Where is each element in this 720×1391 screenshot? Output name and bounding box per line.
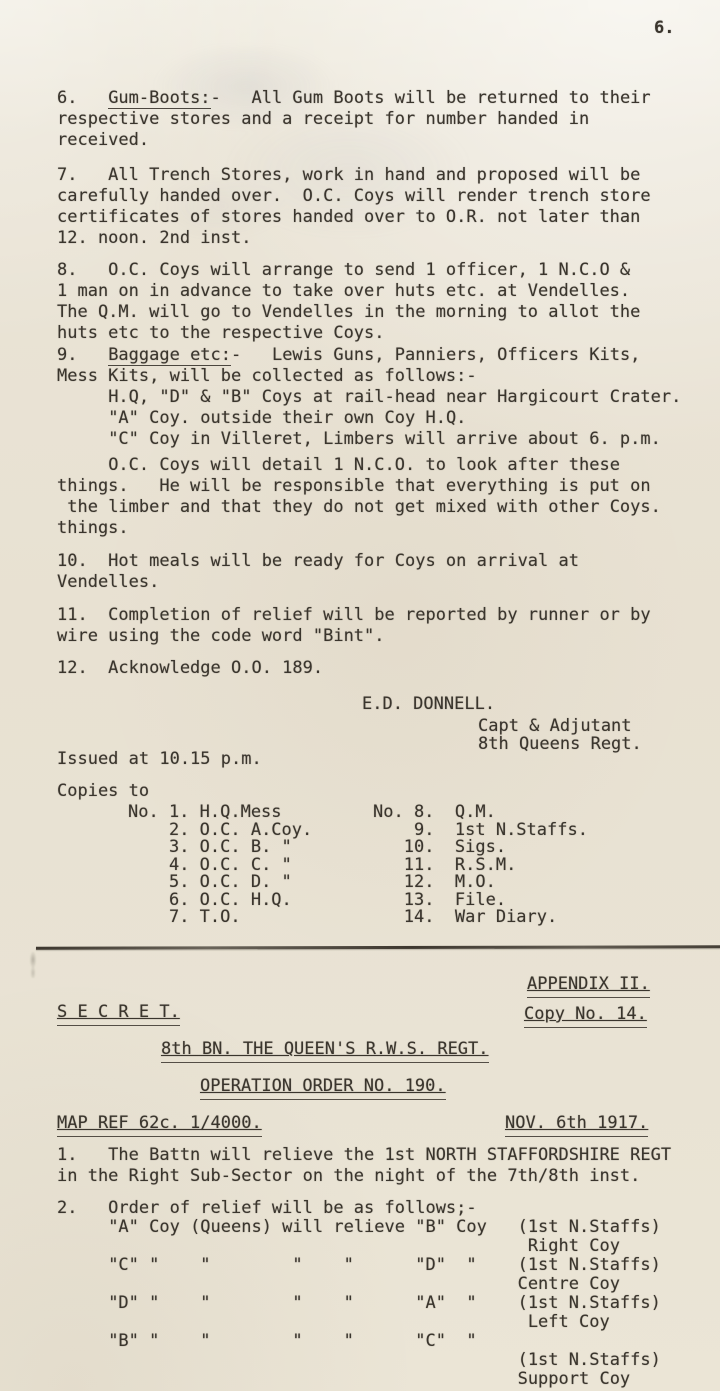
- order-date: NOV. 6th 1917.: [505, 1113, 648, 1137]
- signature-name: E.D. DONNELL.: [362, 694, 495, 715]
- para-acknowledge: 12. Acknowledge O.O. 189.: [57, 658, 697, 679]
- battalion-heading-text: 8th BN. THE QUEEN'S R.W.S. REGT.: [161, 1039, 489, 1063]
- operation-order-title: OPERATION ORDER NO. 190.: [200, 1076, 446, 1100]
- para-completion: 11. Completion of relief will be reporte…: [57, 605, 697, 647]
- para-6-heading: Gum-Boots:: [108, 88, 210, 109]
- copies-list-left: No. 1. H.Q.Mess 2. O.C. A.Coy. 3. O.C. B…: [128, 804, 312, 927]
- para-order-of-relief: 2. Order of relief will be as follows;- …: [57, 1199, 717, 1389]
- appendix-text: APPENDIX II.: [527, 974, 650, 998]
- order-date-text: NOV. 6th 1917.: [505, 1113, 648, 1137]
- margin-ink-mark: [28, 952, 38, 978]
- document-page: 6. 6. Gum-Boots:- All Gum Boots will be …: [0, 0, 720, 1391]
- para-advance-party: 8. O.C. Coys will arrange to send 1 offi…: [57, 260, 697, 344]
- map-reference-text: MAP REF 62c. 1/4000.: [57, 1113, 262, 1137]
- para-9-heading: Baggage etc:: [108, 345, 231, 366]
- map-reference: MAP REF 62c. 1/4000.: [57, 1113, 262, 1137]
- copy-number: Copy No. 14.: [524, 1004, 647, 1028]
- secret-classification: S E C R E T.: [57, 1002, 180, 1026]
- para-baggage: 9. Baggage etc:- Lewis Guns, Panniers, O…: [57, 345, 717, 450]
- secret-text: S E C R E T.: [57, 1002, 180, 1026]
- copies-label: Copies to: [57, 781, 149, 802]
- section-divider-rule: [36, 945, 720, 949]
- page-number: 6.: [654, 18, 674, 39]
- issued-line: Issued at 10.15 p.m.: [57, 749, 262, 770]
- signature-rank: Capt & Adjutant 8th Queens Regt.: [478, 717, 642, 753]
- battalion-heading: 8th BN. THE QUEEN'S R.W.S. REGT.: [161, 1039, 489, 1063]
- para-hot-meals: 10. Hot meals will be ready for Coys on …: [57, 551, 697, 593]
- appendix-heading: APPENDIX II.: [527, 974, 650, 998]
- para-gum-boots: 6. Gum-Boots:- All Gum Boots will be ret…: [57, 88, 677, 151]
- para-6-number: 6.: [57, 88, 108, 108]
- para-relieve: 1. The Battn will relieve the 1st NORTH …: [57, 1145, 717, 1187]
- para-9-number: 9.: [57, 345, 108, 365]
- copy-number-text: Copy No. 14.: [524, 1004, 647, 1028]
- para-trench-stores: 7. All Trench Stores, work in hand and p…: [57, 165, 697, 249]
- copies-list-right: No. 8. Q.M. 9. 1st N.Staffs. 10. Sigs. 1…: [373, 804, 588, 927]
- operation-order-title-text: OPERATION ORDER NO. 190.: [200, 1076, 446, 1100]
- para-nco-detail: O.C. Coys will detail 1 N.C.O. to look a…: [57, 455, 707, 539]
